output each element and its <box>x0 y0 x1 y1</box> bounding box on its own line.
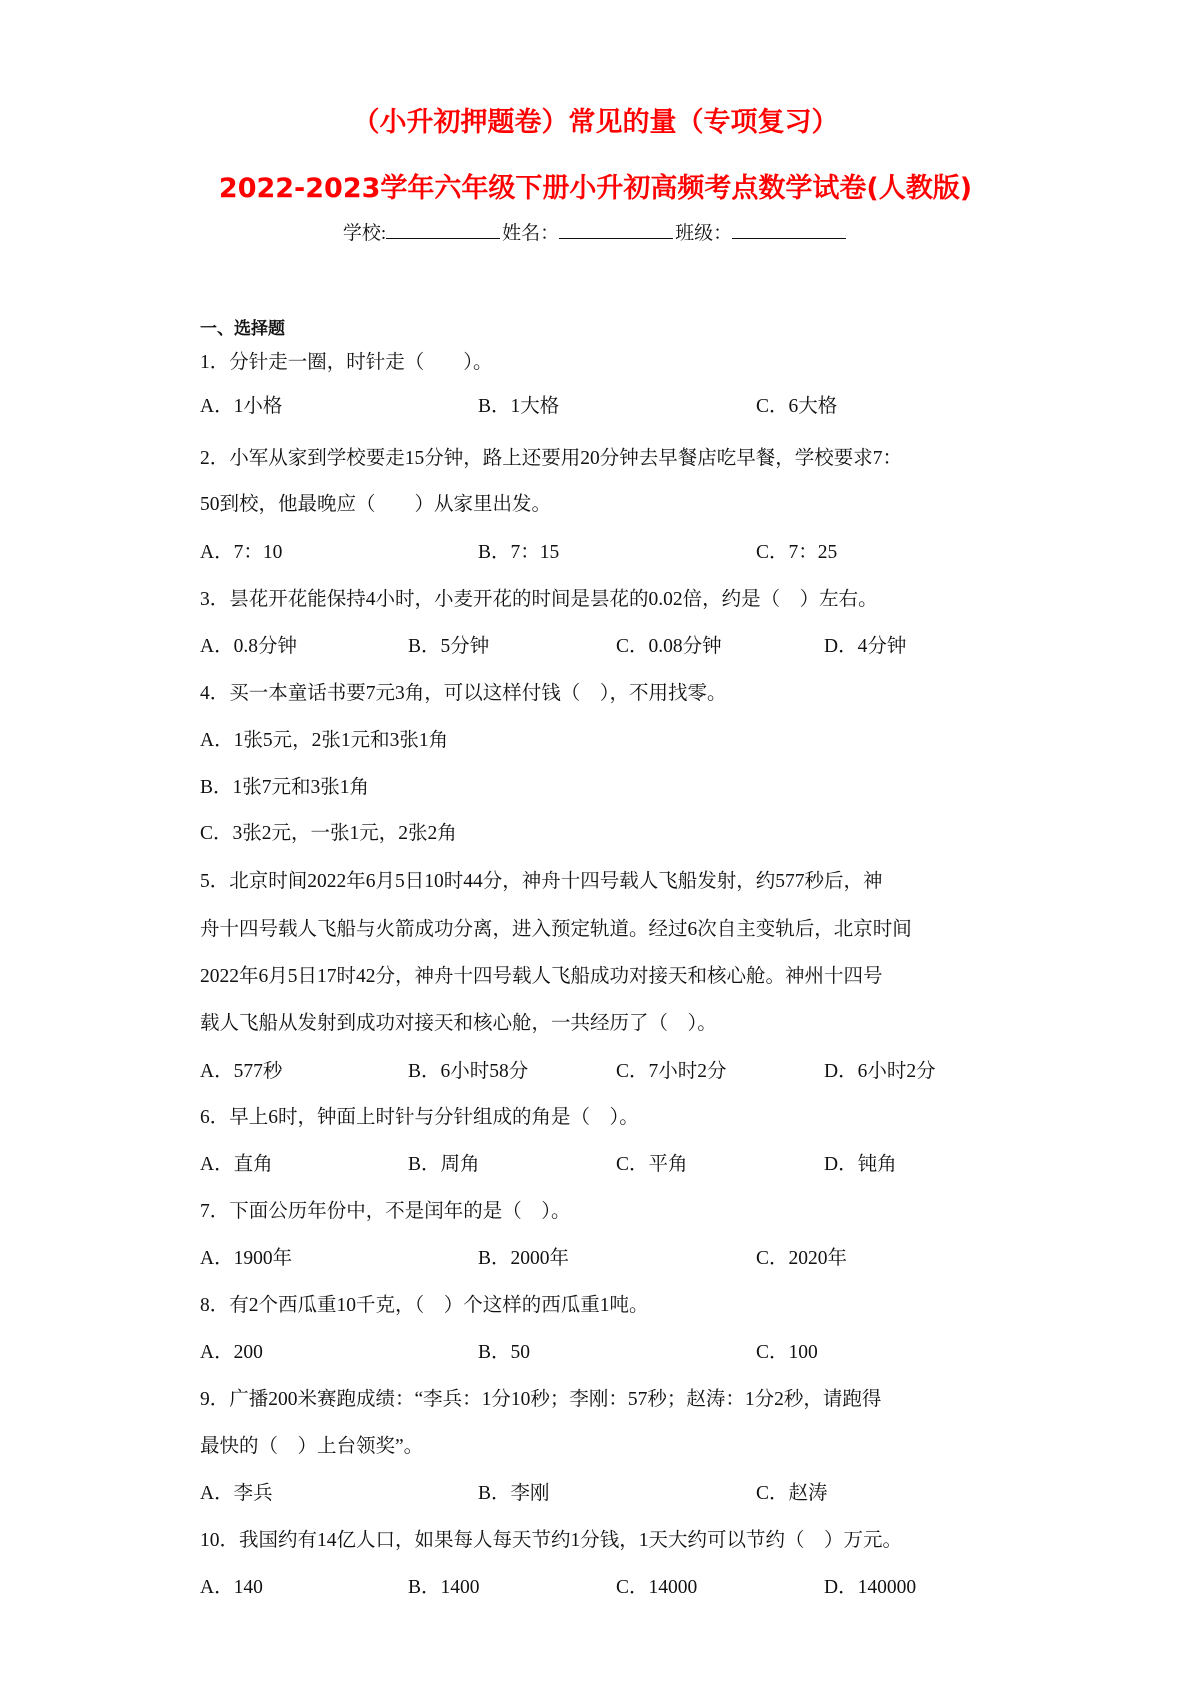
option-b: B．李刚 <box>478 1482 550 1506</box>
option-b: B．周角 <box>408 1153 480 1177</box>
option-a: A．1900年 <box>200 1247 292 1271</box>
question-3: 3．昙花开花能保持4小时，小麦开花的时间是昙花的0.02倍，约是（ ）左右。 <box>200 588 878 612</box>
option-c: C．100 <box>756 1341 818 1365</box>
question-10: 10．我国约有14亿人口，如果每人每天节约1分钱，1天大约可以节约（ ）万元。 <box>200 1529 902 1553</box>
option-b: B．50 <box>478 1341 530 1365</box>
question-2: 2．小军从家到学校要走15分钟，路上还要用20分钟去早餐店吃早餐，学校要求7： <box>200 447 902 471</box>
name-field[interactable] <box>559 222 673 239</box>
question-number: 5． <box>200 871 229 892</box>
question-text: 有2个西瓜重10千克，（ ）个这样的西瓜重1吨。 <box>229 1295 648 1316</box>
question-number: 1． <box>200 352 229 373</box>
question-text: 北京时间2022年6月5日10时44分，神舟十四号载人飞船发射，约577秒后，神 <box>229 871 882 892</box>
option-b: B．6小时58分 <box>408 1060 528 1084</box>
option-a: A．200 <box>200 1341 263 1365</box>
question-1: 1．分针走一圈，时针走（ ）。 <box>200 351 493 375</box>
option-c: C．赵涛 <box>756 1482 828 1506</box>
question-5-line-2: 舟十四号载人飞船与火箭成功分离，进入预定轨道。经过6次自主变轨后，北京时间 <box>200 918 912 942</box>
option-b: B．1张7元和3张1角 <box>200 776 369 800</box>
question-text: 分针走一圈，时针走（ ）。 <box>229 352 492 373</box>
option-c: C．0.08分钟 <box>616 635 722 659</box>
option-b: B．7：15 <box>478 541 559 565</box>
question-number: 9． <box>200 1389 229 1410</box>
question-5-line-3: 2022年6月5日17时42分，神舟十四号载人飞船成功对接天和核心舱。神州十四号 <box>200 965 883 989</box>
option-a: A．140 <box>200 1576 263 1600</box>
option-a: A．直角 <box>200 1153 273 1177</box>
option-a: A．7：10 <box>200 541 282 565</box>
question-5: 5．北京时间2022年6月5日10时44分，神舟十四号载人飞船发射，约577秒后… <box>200 870 883 894</box>
class-field[interactable] <box>732 222 846 239</box>
student-info-line: 学校:姓名：班级： <box>0 218 1191 245</box>
option-a: A．1张5元，2张1元和3张1角 <box>200 729 448 753</box>
question-4: 4．买一本童话书要7元3角，可以这样付钱（ ），不用找零。 <box>200 682 727 706</box>
option-c: C．7小时2分 <box>616 1060 727 1084</box>
option-b: B．1400 <box>408 1576 480 1600</box>
question-number: 10． <box>200 1530 239 1551</box>
question-number: 7． <box>200 1201 229 1222</box>
question-text: 小军从家到学校要走15分钟，路上还要用20分钟去早餐店吃早餐，学校要求7： <box>229 448 902 469</box>
option-a: A．577秒 <box>200 1060 282 1084</box>
option-c: C．7：25 <box>756 541 837 565</box>
option-a: A．李兵 <box>200 1482 273 1506</box>
option-b: B．2000年 <box>478 1247 569 1271</box>
question-9-line-2: 最快的（ ）上台领奖”。 <box>200 1435 423 1459</box>
question-6: 6．早上6时，钟面上时针与分针组成的角是（ ）。 <box>200 1106 639 1130</box>
class-label: 班级： <box>675 218 732 245</box>
exam-title: （小升初押题卷）常见的量（专项复习） <box>0 100 1191 139</box>
name-label: 姓名： <box>502 218 559 245</box>
question-text: 广播200米赛跑成绩：“李兵：1分10秒；李刚：57秒；赵涛：1分2秒，请跑得 <box>229 1389 881 1410</box>
option-d: D．钝角 <box>824 1153 897 1177</box>
question-number: 2． <box>200 448 229 469</box>
option-c: C．平角 <box>616 1153 688 1177</box>
question-number: 6． <box>200 1107 229 1128</box>
option-c: C．2020年 <box>756 1247 847 1271</box>
question-text: 下面公历年份中，不是闰年的是（ ）。 <box>229 1201 570 1222</box>
option-b: B．1大格 <box>478 395 559 419</box>
question-8: 8．有2个西瓜重10千克，（ ）个这样的西瓜重1吨。 <box>200 1294 649 1318</box>
school-field[interactable] <box>386 222 500 239</box>
question-text: 买一本童话书要7元3角，可以这样付钱（ ），不用找零。 <box>229 683 726 704</box>
question-text: 我国约有14亿人口，如果每人每天节约1分钱，1天大约可以节约（ ）万元。 <box>239 1530 902 1551</box>
option-a: A．0.8分钟 <box>200 635 297 659</box>
option-d: D．4分钟 <box>824 635 906 659</box>
question-2-line-2: 50到校，他最晚应（ ）从家里出发。 <box>200 493 551 517</box>
question-number: 3． <box>200 589 229 610</box>
question-9: 9．广播200米赛跑成绩：“李兵：1分10秒；李刚：57秒；赵涛：1分2秒，请跑… <box>200 1388 881 1412</box>
question-text: 昙花开花能保持4小时，小麦开花的时间是昙花的0.02倍，约是（ ）左右。 <box>229 589 877 610</box>
question-number: 8． <box>200 1295 229 1316</box>
question-5-line-4: 载人飞船从发射到成功对接天和核心舱，一共经历了（ ）。 <box>200 1012 717 1036</box>
option-c: C．3张2元，一张1元，2张2角 <box>200 822 457 846</box>
option-d: D．140000 <box>824 1576 916 1600</box>
option-b: B．5分钟 <box>408 635 489 659</box>
option-d: D．6小时2分 <box>824 1060 936 1084</box>
option-c: C．6大格 <box>756 395 837 419</box>
exam-subtitle: 2022-2023学年六年级下册小升初高频考点数学试卷(人教版) <box>0 166 1191 205</box>
option-a: A．1小格 <box>200 395 282 419</box>
question-number: 4． <box>200 683 229 704</box>
question-7: 7．下面公历年份中，不是闰年的是（ ）。 <box>200 1200 571 1224</box>
school-label: 学校: <box>343 218 386 245</box>
option-c: C．14000 <box>616 1576 697 1600</box>
exam-page: （小升初押题卷）常见的量（专项复习） 2022-2023学年六年级下册小升初高频… <box>0 0 1191 1684</box>
section-heading: 一、选择题 <box>200 314 285 339</box>
question-text: 早上6时，钟面上时针与分针组成的角是（ ）。 <box>229 1107 639 1128</box>
